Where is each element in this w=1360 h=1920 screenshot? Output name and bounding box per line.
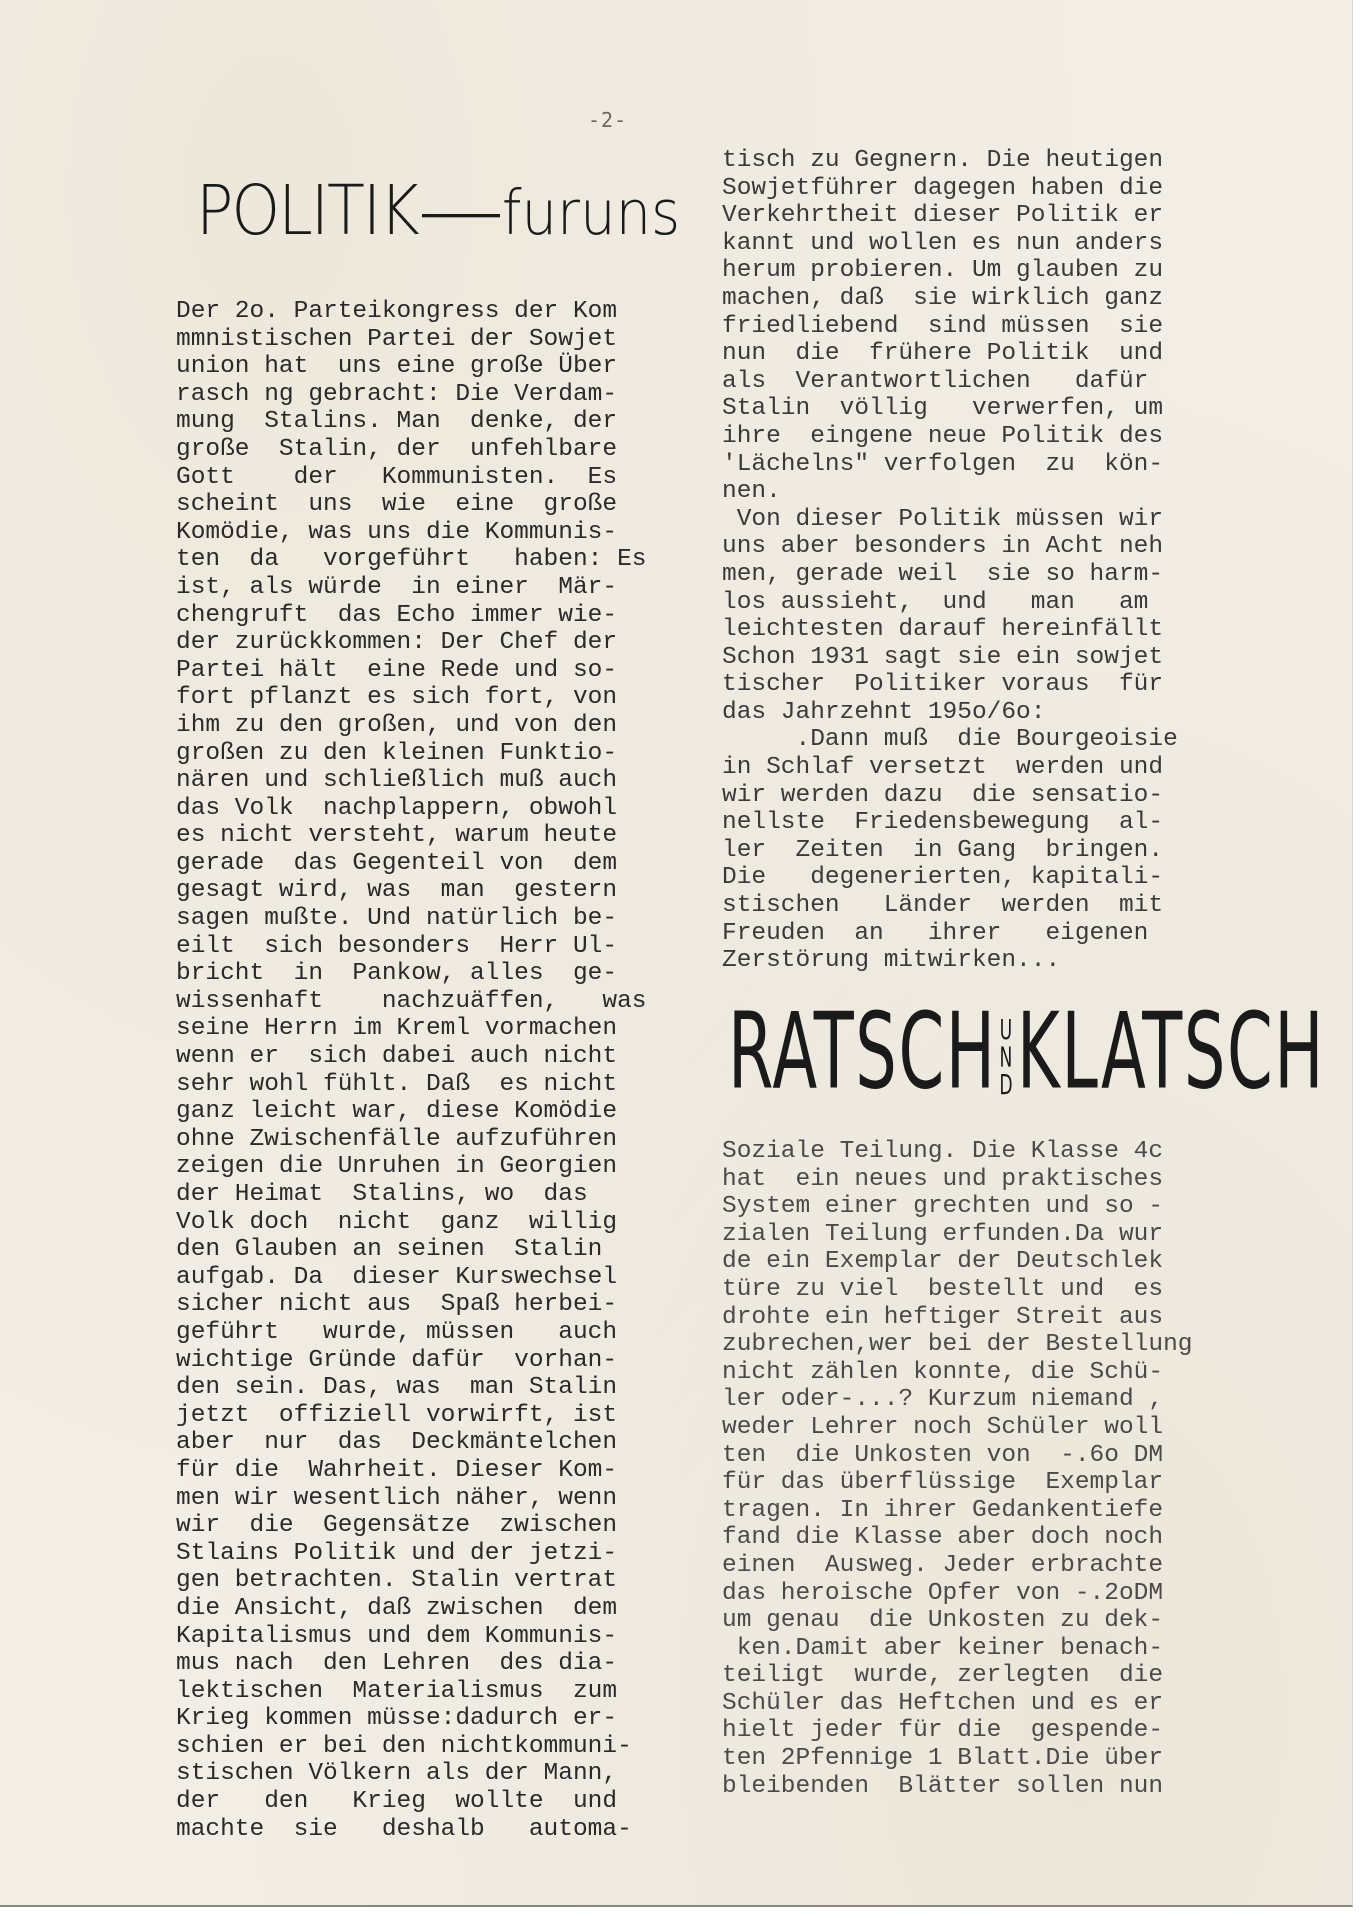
page-number: -2- bbox=[588, 108, 627, 132]
text-line: tisch zu Gegnern. Die heutigen bbox=[722, 147, 1178, 175]
text-line: men, gerade weil sie so harm- bbox=[722, 561, 1178, 589]
text-line: drohte ein heftiger Streit aus bbox=[722, 1304, 1192, 1332]
text-line: bricht in Pankow, alles ge- bbox=[176, 960, 646, 988]
text-line: fand die Klasse aber doch noch bbox=[722, 1524, 1192, 1552]
ratsch-headline-und: UND bbox=[997, 1018, 1017, 1101]
politik-article-column-right: tisch zu Gegnern. Die heutigenSowjetführ… bbox=[722, 147, 1178, 975]
text-line: Komödie, was uns die Kommunis- bbox=[176, 519, 646, 547]
text-line: wichtige Gründe dafür vorhan- bbox=[176, 1347, 646, 1375]
text-line: sicher nicht aus Spaß herbei- bbox=[176, 1291, 646, 1319]
text-line: Freuden an ihrer eigenen bbox=[722, 920, 1178, 948]
text-line: tischer Politiker voraus für bbox=[722, 671, 1178, 699]
text-line: mung Stalins. Man denke, der bbox=[176, 408, 646, 436]
text-line: ken.Damit aber keiner benach- bbox=[722, 1635, 1192, 1663]
text-line: Stalin völlig verwerfen, um bbox=[722, 395, 1178, 423]
text-line: stischen Völkern als der Mann, bbox=[176, 1760, 646, 1788]
text-line: hielt jeder für die gespende- bbox=[722, 1717, 1192, 1745]
text-line: los aussieht, und man am bbox=[722, 589, 1178, 617]
text-line: jetzt offiziell vorwirft, ist bbox=[176, 1402, 646, 1430]
text-line: einen Ausweg. Jeder erbrachte bbox=[722, 1552, 1192, 1580]
text-line: der den Krieg wollte und bbox=[176, 1788, 646, 1816]
text-line: men wir wesentlich näher, wenn bbox=[176, 1485, 646, 1513]
text-line: mus nach den Lehren des dia- bbox=[176, 1650, 646, 1678]
text-line: ihre eingene neue Politik des bbox=[722, 423, 1178, 451]
text-line: kannt und wollen es nun anders bbox=[722, 230, 1178, 258]
text-line: großen zu den kleinen Funktio- bbox=[176, 740, 646, 768]
text-line: stischen Länder werden mit bbox=[722, 892, 1178, 920]
politik-article-column-left: Der 2o. Parteikongress der Kommmnistisch… bbox=[176, 298, 646, 1843]
text-line: zeigen die Unruhen in Georgien bbox=[176, 1153, 646, 1181]
text-line: gerade das Gegenteil von dem bbox=[176, 850, 646, 878]
text-line: gesagt wird, was man gestern bbox=[176, 877, 646, 905]
text-line: Von dieser Politik müssen wir bbox=[722, 506, 1178, 534]
ratsch-headline-right: KLATSCH bbox=[1017, 990, 1325, 1113]
text-line: um genau die Unkosten zu dek- bbox=[722, 1607, 1192, 1635]
text-line: wir werden dazu die sensatio- bbox=[722, 782, 1178, 810]
text-line: ler Zeiten in Gang bringen. bbox=[722, 837, 1178, 865]
text-line: .Dann muß die Bourgeoisie bbox=[722, 726, 1178, 754]
text-line: ohne Zwischenfälle aufzuführen bbox=[176, 1126, 646, 1154]
politik-headline: POLITIKfuruns bbox=[196, 170, 680, 250]
text-line: in Schlaf versetzt werden und bbox=[722, 754, 1178, 782]
text-line: nären und schließlich muß auch bbox=[176, 767, 646, 795]
text-line: als Verantwortlichen dafür bbox=[722, 368, 1178, 396]
text-line: wir die Gegensätze zwischen bbox=[176, 1512, 646, 1540]
text-line: ten die Unkosten von -.6o DM bbox=[722, 1442, 1192, 1470]
text-line: teiligt wurde, zerlegten die bbox=[722, 1662, 1192, 1690]
text-line: scheint uns wie eine große bbox=[176, 491, 646, 519]
text-line: friedliebend sind müssen sie bbox=[722, 313, 1178, 341]
text-line: System einer grechten und so - bbox=[722, 1193, 1192, 1221]
text-line: der Heimat Stalins, wo das bbox=[176, 1181, 646, 1209]
text-line: es nicht versteht, warum heute bbox=[176, 822, 646, 850]
text-line: das Volk nachplappern, obwohl bbox=[176, 795, 646, 823]
text-line: gen betrachten. Stalin vertrat bbox=[176, 1567, 646, 1595]
text-line: ten da vorgeführt haben: Es bbox=[176, 546, 646, 574]
text-line: weder Lehrer noch Schüler woll bbox=[722, 1414, 1192, 1442]
text-line: Stlains Politik und der jetzi- bbox=[176, 1540, 646, 1568]
text-line: für die Wahrheit. Dieser Kom- bbox=[176, 1457, 646, 1485]
text-line: wissenhaft nachzuäffen, was bbox=[176, 988, 646, 1016]
text-line: große Stalin, der unfehlbare bbox=[176, 436, 646, 464]
text-line: rasch ng gebracht: Die Verdam- bbox=[176, 381, 646, 409]
text-line: zubrechen,wer bei der Bestellung bbox=[722, 1331, 1192, 1359]
text-line: ist, als würde in einer Mär- bbox=[176, 574, 646, 602]
text-line: die Ansicht, daß zwischen dem bbox=[176, 1595, 646, 1623]
text-line: Zerstörung mitwirken... bbox=[722, 947, 1178, 975]
text-line: de ein Exemplar der Deutschlek bbox=[722, 1248, 1192, 1276]
text-line: wenn er sich dabei auch nicht bbox=[176, 1043, 646, 1071]
text-line: aufgab. Da dieser Kurswechsel bbox=[176, 1264, 646, 1292]
text-line: den sein. Das, was man Stalin bbox=[176, 1374, 646, 1402]
text-line: türe zu viel bestellt und es bbox=[722, 1276, 1192, 1304]
text-line: ganz leicht war, diese Komödie bbox=[176, 1098, 646, 1126]
text-line: Verkehrtheit dieser Politik er bbox=[722, 202, 1178, 230]
text-line: Krieg kommen müsse:dadurch er- bbox=[176, 1705, 646, 1733]
text-line: nellste Friedensbewegung al- bbox=[722, 809, 1178, 837]
text-line: schien er bei den nichtkommuni- bbox=[176, 1733, 646, 1761]
text-line: der zurückkommen: Der Chef der bbox=[176, 629, 646, 657]
text-line: sehr wohl fühlt. Daß es nicht bbox=[176, 1071, 646, 1099]
text-line: Kapitalismus und dem Kommunis- bbox=[176, 1623, 646, 1651]
headline-dash bbox=[422, 213, 500, 216]
text-line: das heroische Opfer von -.2oDM bbox=[722, 1580, 1192, 1608]
text-line: 'Lächelns" verfolgen zu kön- bbox=[722, 451, 1178, 479]
text-line: lektischen Materialismus zum bbox=[176, 1678, 646, 1706]
text-line: sagen mußte. Und natürlich be- bbox=[176, 905, 646, 933]
text-line: seine Herrn im Kreml vormachen bbox=[176, 1015, 646, 1043]
text-line: Gott der Kommunisten. Es bbox=[176, 464, 646, 492]
text-line: mmnistischen Partei der Sowjet bbox=[176, 326, 646, 354]
document-page: -2- POLITIKfuruns Der 2o. Parteikongress… bbox=[0, 0, 1353, 1907]
text-line: den Glauben an seinen Stalin bbox=[176, 1236, 646, 1264]
text-line: union hat uns eine große Über bbox=[176, 353, 646, 381]
text-line: chengruft das Echo immer wie- bbox=[176, 602, 646, 630]
politik-headline-sub: furuns bbox=[502, 178, 680, 250]
text-line: ler oder-...? Kurzum niemand , bbox=[722, 1386, 1192, 1414]
text-line: zialen Teilung erfunden.Da wur bbox=[722, 1221, 1192, 1249]
text-line: machen, daß sie wirklich ganz bbox=[722, 285, 1178, 313]
text-line: ten 2Pfennige 1 Blatt.Die über bbox=[722, 1745, 1192, 1773]
text-line: uns aber besonders in Acht neh bbox=[722, 533, 1178, 561]
text-line: Der 2o. Parteikongress der Kom bbox=[176, 298, 646, 326]
text-line: nun die frühere Politik und bbox=[722, 340, 1178, 368]
text-line: Sowjetführer dagegen haben die bbox=[722, 175, 1178, 203]
text-line: Volk doch nicht ganz willig bbox=[176, 1209, 646, 1237]
text-line: hat ein neues und praktisches bbox=[722, 1166, 1192, 1194]
text-line: tragen. In ihrer Gedankentiefe bbox=[722, 1497, 1192, 1525]
text-line: eilt sich besonders Herr Ul- bbox=[176, 933, 646, 961]
text-line: für das überflüssige Exemplar bbox=[722, 1469, 1192, 1497]
text-line: Soziale Teilung. Die Klasse 4c bbox=[722, 1138, 1192, 1166]
text-line: nen. bbox=[722, 478, 1178, 506]
ratsch-headline-left: RATSCH bbox=[728, 990, 997, 1113]
text-line: geführt wurde, müssen auch bbox=[176, 1319, 646, 1347]
text-line: Partei hält eine Rede und so- bbox=[176, 657, 646, 685]
text-line: aber nur das Deckmäntelchen bbox=[176, 1429, 646, 1457]
text-line: machte sie deshalb automa- bbox=[176, 1816, 646, 1844]
text-line: das Jahrzehnt 195o/6o: bbox=[722, 699, 1178, 727]
ratsch-article-column: Soziale Teilung. Die Klasse 4chat ein ne… bbox=[722, 1138, 1192, 1800]
ratsch-klatsch-headline: RATSCHUNDKLATSCH bbox=[728, 990, 1325, 1113]
text-line: bleibenden Blätter sollen nun bbox=[722, 1773, 1192, 1801]
text-line: nicht zählen konnte, die Schü- bbox=[722, 1359, 1192, 1387]
text-line: ihm zu den großen, und von den bbox=[176, 712, 646, 740]
text-line: leichtesten darauf hereinfällt bbox=[722, 616, 1178, 644]
text-line: Die degenerierten, kapitali- bbox=[722, 864, 1178, 892]
text-line: fort pflanzt es sich fort, von bbox=[176, 684, 646, 712]
text-line: Schon 1931 sagt sie ein sowjet bbox=[722, 644, 1178, 672]
text-line: herum probieren. Um glauben zu bbox=[722, 257, 1178, 285]
text-line: Schüler das Heftchen und es er bbox=[722, 1690, 1192, 1718]
politik-headline-main: POLITIK bbox=[196, 170, 418, 250]
